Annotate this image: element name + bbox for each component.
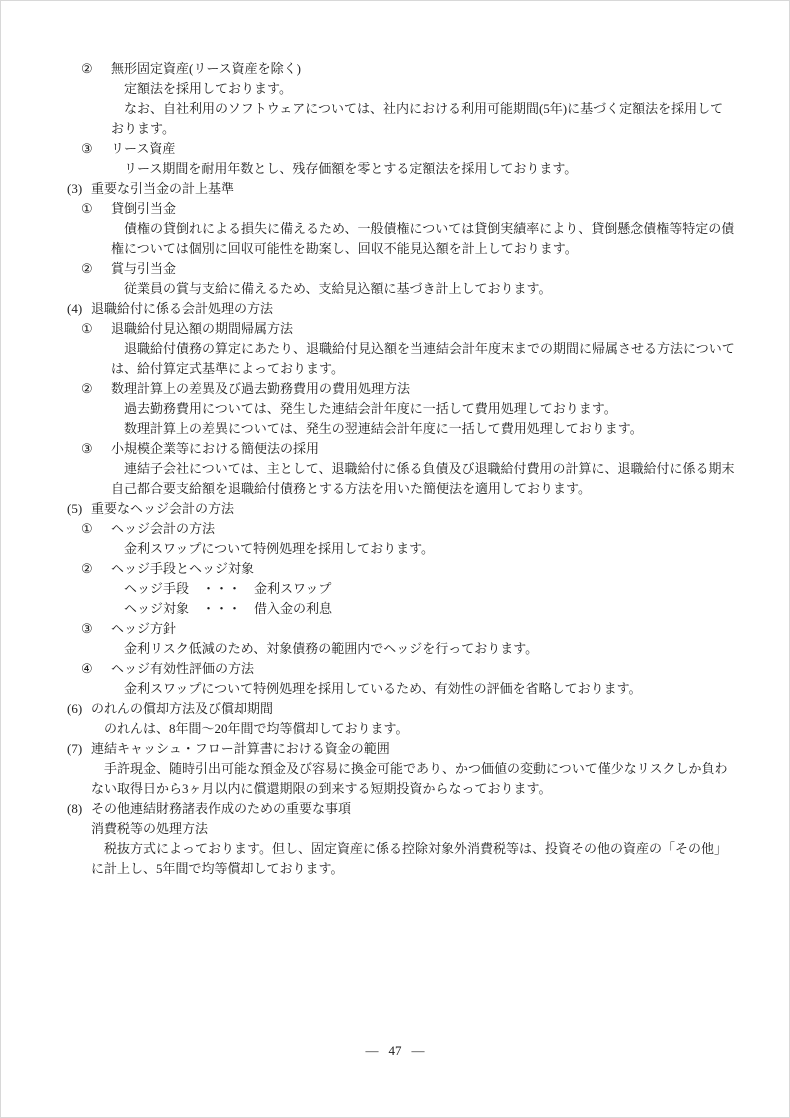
text-line: (6)のれんの償却方法及び償却期間 [1, 699, 789, 719]
line-text: 債権の貸倒れによる損失に備えるため、一般債権については貸倒実績率により、貸倒懸念… [124, 221, 734, 236]
text-line: (4)退職給付に係る会計処理の方法 [1, 299, 789, 319]
text-line: 定額法を採用しております。 [1, 79, 789, 99]
item-marker: ② [81, 379, 111, 399]
item-marker: ② [81, 59, 111, 79]
line-text: のれんは、8年間～20年間で均等償却しております。 [104, 721, 408, 736]
line-text: ヘッジ手段 ・・・ 金利スワップ [124, 581, 331, 596]
page-number: 47 [389, 1043, 402, 1058]
line-text: ヘッジ会計の方法 [111, 519, 215, 539]
text-line: ②賞与引当金 [1, 259, 789, 279]
item-marker: (6) [67, 699, 91, 719]
item-marker: ① [81, 199, 111, 219]
text-line: 連結子会社については、主として、退職給付に係る負債及び退職給付費用の計算に、退職… [1, 459, 789, 479]
line-text: 連結子会社については、主として、退職給付に係る負債及び退職給付費用の計算に、退職… [124, 461, 734, 476]
text-line: (8)その他連結財務諸表作成のための重要な事項 [1, 799, 789, 819]
item-marker: ② [81, 559, 111, 579]
line-text: 重要な引当金の計上基準 [91, 179, 234, 199]
text-line: 数理計算上の差異については、発生の翌連結会計年度に一括して費用処理しております。 [1, 419, 789, 439]
line-text: 重要なヘッジ会計の方法 [91, 499, 234, 519]
text-line: は、給付算定式基準によっております。 [1, 359, 789, 379]
text-line: に計上し、5年間で均等償却しております。 [1, 859, 789, 879]
line-text: 数理計算上の差異及び過去勤務費用の費用処理方法 [111, 379, 410, 399]
line-text: 退職給付見込額の期間帰属方法 [111, 319, 293, 339]
line-text: ヘッジ手段とヘッジ対象 [111, 559, 254, 579]
item-marker: ③ [81, 619, 111, 639]
item-marker: ② [81, 259, 111, 279]
text-line: (5)重要なヘッジ会計の方法 [1, 499, 789, 519]
text-line: 金利リスク低減のため、対象債務の範囲内でヘッジを行っております。 [1, 639, 789, 659]
text-line: ④ヘッジ有効性評価の方法 [1, 659, 789, 679]
line-text: ヘッジ対象 ・・・ 借入金の利息 [124, 601, 332, 616]
line-text: 賞与引当金 [111, 259, 176, 279]
text-line: 退職給付債務の算定にあたり、退職給付見込額を当連結会計年度末までの期間に帰属させ… [1, 339, 789, 359]
text-line: ない取得日から3ヶ月以内に償還期限の到来する短期投資からなっております。 [1, 779, 789, 799]
line-text: ヘッジ有効性評価の方法 [111, 659, 254, 679]
text-line: 自己都合要支給額を退職給付債務とする方法を用いた簡便法を適用しております。 [1, 479, 789, 499]
line-text: のれんの償却方法及び償却期間 [91, 699, 273, 719]
line-text: 無形固定資産(リース資産を除く) [111, 59, 301, 79]
item-marker: ③ [81, 139, 111, 159]
page-footer: ―47― [1, 1041, 789, 1061]
text-line: おります。 [1, 119, 789, 139]
line-text: なお、自社利用のソフトウェアについては、社内における利用可能期間(5年)に基づく… [124, 101, 723, 116]
line-text: 連結キャッシュ・フロー計算書における資金の範囲 [91, 739, 390, 759]
line-text: リース期間を耐用年数とし、残存価額を零とする定額法を採用しております。 [124, 161, 577, 176]
line-text: 退職給付に係る会計処理の方法 [91, 299, 273, 319]
line-text: 税抜方式によっております。但し、固定資産に係る控除対象外消費税等は、投資その他の… [104, 841, 727, 856]
document-page: ②無形固定資産(リース資産を除く)定額法を採用しております。なお、自社利用のソフ… [0, 0, 790, 1118]
line-text: ない取得日から3ヶ月以内に償還期限の到来する短期投資からなっております。 [91, 781, 551, 796]
line-text: 過去勤務費用については、発生した連結会計年度に一括して費用処理しております。 [124, 401, 617, 416]
text-line: 過去勤務費用については、発生した連結会計年度に一括して費用処理しております。 [1, 399, 789, 419]
text-line: 従業員の賞与支給に備えるため、支給見込額に基づき計上しております。 [1, 279, 789, 299]
line-text: 自己都合要支給額を退職給付債務とする方法を用いた簡便法を適用しております。 [111, 481, 591, 496]
text-line: ②無形固定資産(リース資産を除く) [1, 59, 789, 79]
line-text: 金利スワップについて特例処理を採用しているため、有効性の評価を省略しております。 [124, 681, 642, 696]
item-marker: ③ [81, 439, 111, 459]
document-body: ②無形固定資産(リース資産を除く)定額法を採用しております。なお、自社利用のソフ… [1, 59, 789, 879]
line-text: おります。 [111, 121, 175, 136]
line-text: 権については個別に回収可能性を勘案し、回収不能見込額を計上しております。 [111, 241, 578, 256]
text-line: ヘッジ手段 ・・・ 金利スワップ [1, 579, 789, 599]
text-line: ③小規模企業等における簡便法の採用 [1, 439, 789, 459]
line-text: その他連結財務諸表作成のための重要な事項 [91, 799, 351, 819]
item-marker: (8) [67, 799, 91, 819]
text-line: リース期間を耐用年数とし、残存価額を零とする定額法を採用しております。 [1, 159, 789, 179]
line-text: 貸倒引当金 [111, 199, 176, 219]
text-line: 金利スワップについて特例処理を採用しているため、有効性の評価を省略しております。 [1, 679, 789, 699]
item-marker: ④ [81, 659, 111, 679]
line-text: に計上し、5年間で均等償却しております。 [91, 861, 343, 876]
line-text: リース資産 [111, 139, 175, 159]
line-text: 従業員の賞与支給に備えるため、支給見込額に基づき計上しております。 [124, 281, 551, 296]
text-line: ②数理計算上の差異及び過去勤務費用の費用処理方法 [1, 379, 789, 399]
item-marker: ① [81, 319, 111, 339]
text-line: ①ヘッジ会計の方法 [1, 519, 789, 539]
item-marker: (4) [67, 299, 91, 319]
line-text: 定額法を採用しております。 [124, 81, 292, 96]
line-text: 消費税等の処理方法 [91, 821, 208, 836]
line-text: 退職給付債務の算定にあたり、退職給付見込額を当連結会計年度末までの期間に帰属させ… [124, 341, 735, 356]
text-line: なお、自社利用のソフトウェアについては、社内における利用可能期間(5年)に基づく… [1, 99, 789, 119]
item-marker: ① [81, 519, 111, 539]
text-line: (7)連結キャッシュ・フロー計算書における資金の範囲 [1, 739, 789, 759]
item-marker: (7) [67, 739, 91, 759]
line-text: は、給付算定式基準によっております。 [111, 361, 344, 376]
text-line: ヘッジ対象 ・・・ 借入金の利息 [1, 599, 789, 619]
line-text: 手許現金、随時引出可能な預金及び容易に換金可能であり、かつ価値の変動について僅少… [104, 761, 727, 776]
text-line: 債権の貸倒れによる損失に備えるため、一般債権については貸倒実績率により、貸倒懸念… [1, 219, 789, 239]
footer-dash-left: ― [366, 1043, 379, 1058]
item-marker: (5) [67, 499, 91, 519]
text-line: (3)重要な引当金の計上基準 [1, 179, 789, 199]
text-line: のれんは、8年間～20年間で均等償却しております。 [1, 719, 789, 739]
footer-dash-right: ― [412, 1043, 425, 1058]
text-line: 手許現金、随時引出可能な預金及び容易に換金可能であり、かつ価値の変動について僅少… [1, 759, 789, 779]
text-line: 金利スワップについて特例処理を採用しております。 [1, 539, 789, 559]
line-text: ヘッジ方針 [111, 619, 176, 639]
line-text: 小規模企業等における簡便法の採用 [111, 439, 319, 459]
text-line: ①貸倒引当金 [1, 199, 789, 219]
line-text: 金利リスク低減のため、対象債務の範囲内でヘッジを行っております。 [124, 641, 538, 656]
item-marker: (3) [67, 179, 91, 199]
text-line: 税抜方式によっております。但し、固定資産に係る控除対象外消費税等は、投資その他の… [1, 839, 789, 859]
line-text: 金利スワップについて特例処理を採用しております。 [124, 541, 434, 556]
text-line: ③ヘッジ方針 [1, 619, 789, 639]
text-line: ②ヘッジ手段とヘッジ対象 [1, 559, 789, 579]
line-text: 数理計算上の差異については、発生の翌連結会計年度に一括して費用処理しております。 [124, 421, 643, 436]
text-line: 権については個別に回収可能性を勘案し、回収不能見込額を計上しております。 [1, 239, 789, 259]
text-line: ①退職給付見込額の期間帰属方法 [1, 319, 789, 339]
text-line: 消費税等の処理方法 [1, 819, 789, 839]
text-line: ③リース資産 [1, 139, 789, 159]
